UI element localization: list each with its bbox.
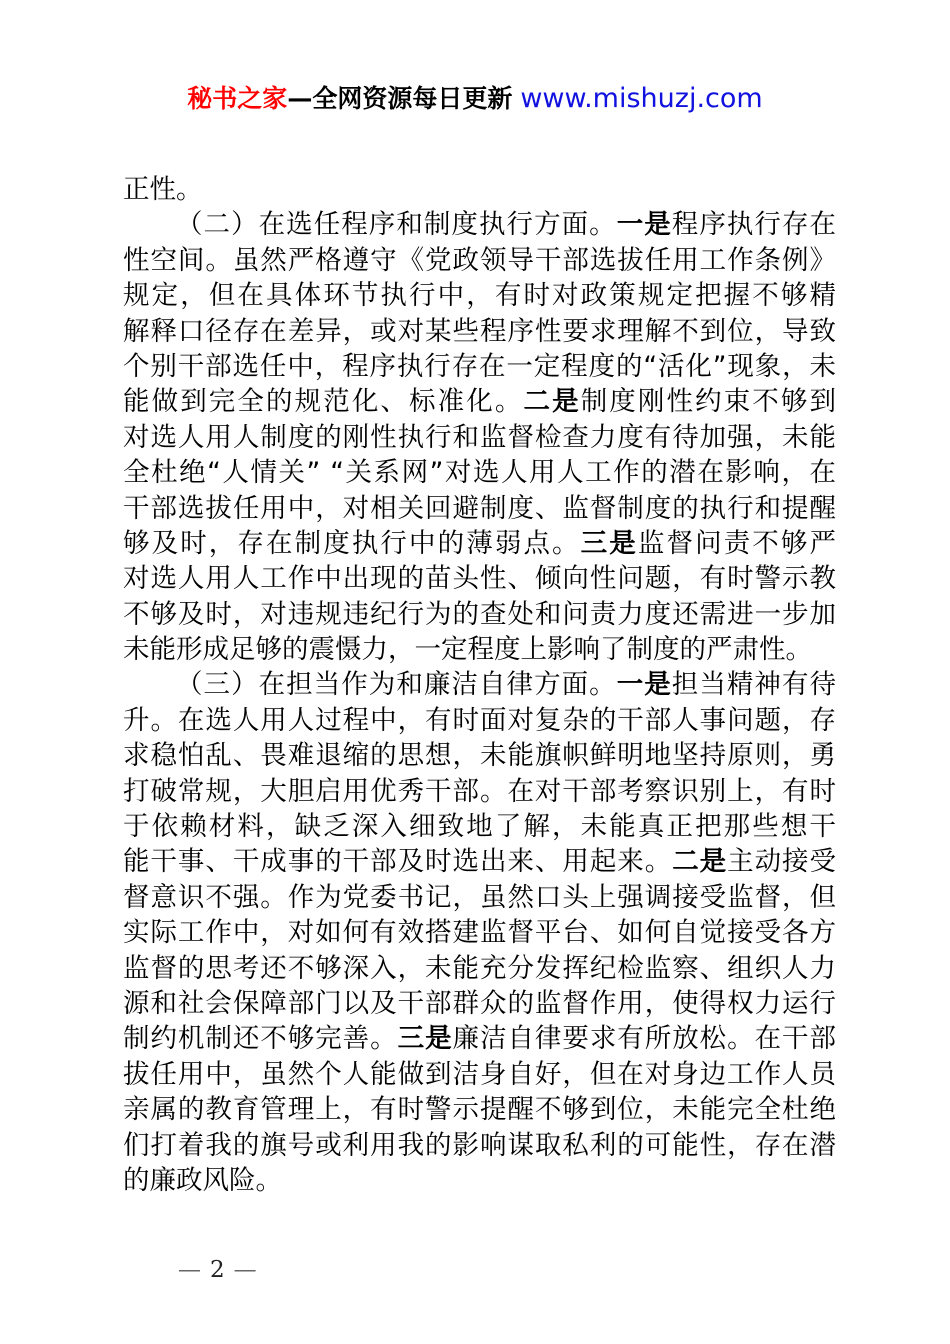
text-line: 未能形成足够的震慑力，一定程度上影响了制度的严肃性。: [123, 632, 836, 667]
text-line: 够及时，存在制度执行中的薄弱点。三是监督问责不够严厉。: [123, 526, 836, 561]
site-name: 秘书之家: [187, 84, 287, 113]
text-line: 对选人用人工作中出现的苗头性、倾向性问题，有时警示教育: [123, 561, 836, 596]
text-line: 解释口径存在差异，或对某些程序性要求理解不到位，导致在: [123, 314, 836, 349]
text-line: 求稳怕乱、畏难退缩的思想，未能旗帜鲜明地坚持原则，勇于: [123, 738, 836, 773]
text-line: 监督的思考还不够深入，未能充分发挥纪检监察、组织人力资: [123, 951, 836, 986]
text-line: 能干事、干成事的干部及时选出来、用起来。二是主动接受监: [123, 844, 836, 879]
text-line: 不够及时，对违规违纪行为的查处和问责力度还需进一步加大，: [123, 597, 836, 632]
text-line: （二）在选任程序和制度执行方面。一是程序执行存在弹: [123, 207, 836, 242]
document-body-text: 正性。（二）在选任程序和制度执行方面。一是程序执行存在弹性空间。虽然严格遵守《党…: [123, 172, 836, 1198]
text-line: 个别干部选任中，程序执行存在一定程度的“活化”现象，未: [123, 349, 836, 384]
text-line: 拔任用中，虽然个人能做到洁身自好，但在对身边工作人员和: [123, 1057, 836, 1092]
text-line: 能做到完全的规范化、标准化。二是制度刚性约束不够到位。: [123, 384, 836, 419]
text-line: 源和社会保障部门以及干部群众的监督作用，使得权力运行的: [123, 986, 836, 1021]
document-page: 秘书之家—全网资源每日更新www.mishuzj.com 正性。（二）在选任程序…: [0, 0, 950, 1344]
text-line: 正性。: [123, 172, 836, 207]
header-tagline: —全网资源每日更新: [287, 84, 512, 113]
text-line: 升。在选人用人过程中，有时面对复杂的干部人事问题，存在: [123, 703, 836, 738]
text-line: 性空间。虽然严格遵守《党政领导干部选拔任用工作条例》等: [123, 243, 836, 278]
page-number-value: 2: [210, 1257, 225, 1283]
text-line: 打破常规，大胆启用优秀干部。在对干部考察识别上，有时过: [123, 774, 836, 809]
text-line: 对选人用人制度的刚性执行和监督检查力度有待加强，未能完: [123, 420, 836, 455]
text-line: 督意识不强。作为党委书记，虽然口头上强调接受监督，但在: [123, 880, 836, 915]
text-line: 的廉政风险。: [123, 1163, 836, 1198]
page-number-left-dash: —: [178, 1257, 201, 1283]
page-header: 秘书之家—全网资源每日更新www.mishuzj.com: [0, 82, 950, 119]
text-line: 们打着我的旗号或利用我的影响谋取私利的可能性，存在潜在: [123, 1128, 836, 1163]
text-line: 于依赖材料，缺乏深入细致地了解，未能真正把那些想干事、: [123, 809, 836, 844]
text-line: （三）在担当作为和廉洁自律方面。一是担当精神有待提: [123, 667, 836, 702]
text-line: 规定，但在具体环节执行中，有时对政策规定把握不够精准，: [123, 278, 836, 313]
text-line: 亲属的教育管理上，有时警示提醒不够到位，未能完全杜绝他: [123, 1092, 836, 1127]
text-line: 制约机制还不够完善。三是廉洁自律要求有所放松。在干部选: [123, 1021, 836, 1056]
text-line: 全杜绝“人情关” “关系网”对选人用人工作的潜在影响，在: [123, 455, 836, 490]
page-number: —2—: [178, 1256, 257, 1284]
text-line: 实际工作中，对如何有效搭建监督平台、如何自觉接受各方面: [123, 915, 836, 950]
text-line: 干部选拔任用中，对相关回避制度、监督制度的执行和提醒不: [123, 491, 836, 526]
site-url-link[interactable]: www.mishuzj.com: [520, 83, 762, 114]
page-number-right-dash: —: [234, 1257, 257, 1283]
